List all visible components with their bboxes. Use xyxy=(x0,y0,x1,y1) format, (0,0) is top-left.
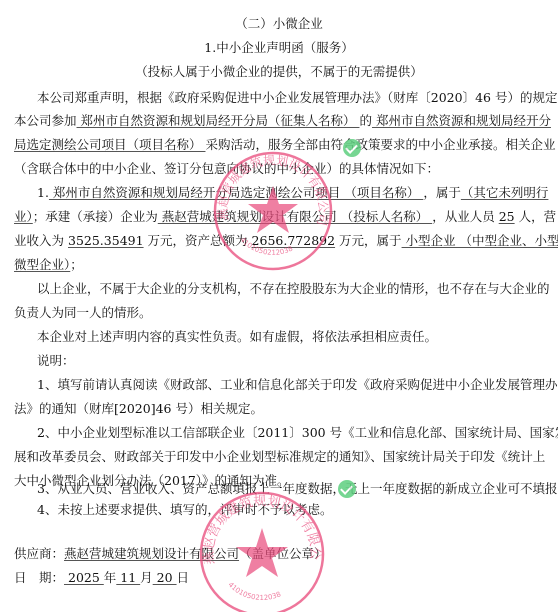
text: 的 xyxy=(359,113,372,128)
text: ，从业人员 xyxy=(432,209,495,224)
text: 月 xyxy=(140,570,153,585)
verified-check-icon xyxy=(338,480,356,498)
note4: 4、未按上述要求提供、填写的，评审时不予以考虑。 xyxy=(37,502,332,518)
para1-line1: 本公司郑重声明，根据《政府采购促进中小企业发展管理办法》（财库〔2020〕46 … xyxy=(37,90,558,106)
text: 日 xyxy=(177,570,190,585)
text: 年 xyxy=(104,570,117,585)
supplier-name: 燕赵营城建筑规划设计有限公司 xyxy=(64,546,239,561)
note1-line2: 法》的通知（财库[2020]46 号）相关规定。 xyxy=(14,401,263,417)
date-year: 2025 xyxy=(64,570,104,585)
industry-field: （其它未列明行 xyxy=(461,185,549,200)
assets-field: 2656.772892 xyxy=(252,233,336,248)
notes-label: 说明： xyxy=(37,353,75,369)
item-project-field: 郑州市自然资源和规划局经开分局选定测绘公司项目 （项目名称） xyxy=(49,185,423,200)
text: 采购活动，服务全部由符合政策要求的中小企业承接。相关企业 xyxy=(205,137,555,152)
date-day: 20 xyxy=(153,570,177,585)
text: 业收入为 xyxy=(14,233,64,248)
enterprise-type-field-cont: 微型企业） xyxy=(14,257,70,272)
para2-line1: 以上企业，不属于大企业的分支机构，不存在控股股东为大企业的情形，也不存在与大企业… xyxy=(37,281,550,297)
verified-check-icon xyxy=(343,139,361,157)
supplier-label: 供应商： xyxy=(14,546,64,561)
industry-field-cont: 业） xyxy=(14,209,33,224)
revenue-field: 3525.35491 xyxy=(68,233,144,248)
note1-line1: 1、填写前请认真阅读《财政部、工业和信息化部关于印发《政府采购促进中小企业发展管… xyxy=(37,377,557,393)
document-subtitle: （投标人属于小微企业的提供，不属于的无需提供） xyxy=(0,64,558,80)
project-name-field-cont: 局选定测绘公司项目（项目名称） xyxy=(14,137,205,152)
text: 万元，资产总额为 xyxy=(148,233,248,248)
text: 1. xyxy=(37,185,49,200)
date-month: 11 xyxy=(116,570,140,585)
svg-text:4101050212038: 4101050212038 xyxy=(227,581,283,602)
document-title: 1.中小企业声明函（服务） xyxy=(0,40,558,56)
item1-line1: 1. 郑州市自然资源和规划局经开分局选定测绘公司项目 （项目名称） ，属于（其它… xyxy=(37,185,548,201)
text: 人，营 xyxy=(519,209,557,224)
para3: 本企业对上述声明内容的真实性负责。如有虚假，将依法承担相应责任。 xyxy=(37,329,437,345)
text: 万元，属于 xyxy=(339,233,402,248)
para1-line3: 局选定测绘公司项目（项目名称） 采购活动，服务全部由符合政策要求的中小企业承接。… xyxy=(14,137,556,153)
note2-line2: 展和改革委员会、财政部关于印发中小企业划型标准规定的通知》、国家统计局关于印发《… xyxy=(14,449,545,465)
section-heading: （二）小微企业 xyxy=(0,16,558,32)
item1-line4: 微型企业）； xyxy=(14,257,83,273)
date-label: 日 期： xyxy=(14,570,64,585)
project-name-field: 郑州市自然资源和规划局经开分 xyxy=(372,113,551,128)
item1-line2: 业）；承建（承接）企业为 燕赵营城建筑规划设计有限公司 （投标人名称） ，从业人… xyxy=(14,209,556,225)
text: ；承建（承接）企业为 xyxy=(33,209,158,224)
para1-line2: 本公司参加 郑州市自然资源和规划局经开分局（征集人名称） 的 郑州市自然资源和规… xyxy=(14,113,551,129)
enterprise-type-field: 小型企业 （中型企业、小型企业、 xyxy=(402,233,558,248)
item1-line3: 业收入为 3525.35491 万元，资产总额为 2656.772892 万元，… xyxy=(14,233,558,249)
text: ； xyxy=(70,257,83,272)
employees-field: 25 xyxy=(499,209,515,224)
note3: 3、从业人员、营业收入、资产总额填报上一年度数据，无上一年度数据的新成立企业可不… xyxy=(37,481,557,497)
text: 本公司参加 xyxy=(14,113,77,128)
bidder-name-field: 燕赵营城建筑规划设计有限公司 （投标人名称） xyxy=(158,209,432,224)
purchaser-name-field: 郑州市自然资源和规划局经开分局（征集人名称） xyxy=(77,113,360,128)
note2-line1: 2、中小企业划型标准以工信部联企业〔2011〕300 号《工业和信息化部、国家统… xyxy=(37,425,558,441)
date-line: 日 期： 2025 年 11 月 20 日 xyxy=(14,570,189,586)
text: ，属于 xyxy=(423,185,461,200)
supplier-line: 供应商：燕赵营城建筑规划设计有限公司（盖单位公章） xyxy=(14,546,327,562)
para1-line4: （含联合体中的中小企业、签订分包意向协议的中小企业）的具体情况如下： xyxy=(14,161,439,177)
para2-line2: 负责人为同一人的情形。 xyxy=(14,305,152,321)
seal-note: （盖单位公章） xyxy=(239,546,327,561)
